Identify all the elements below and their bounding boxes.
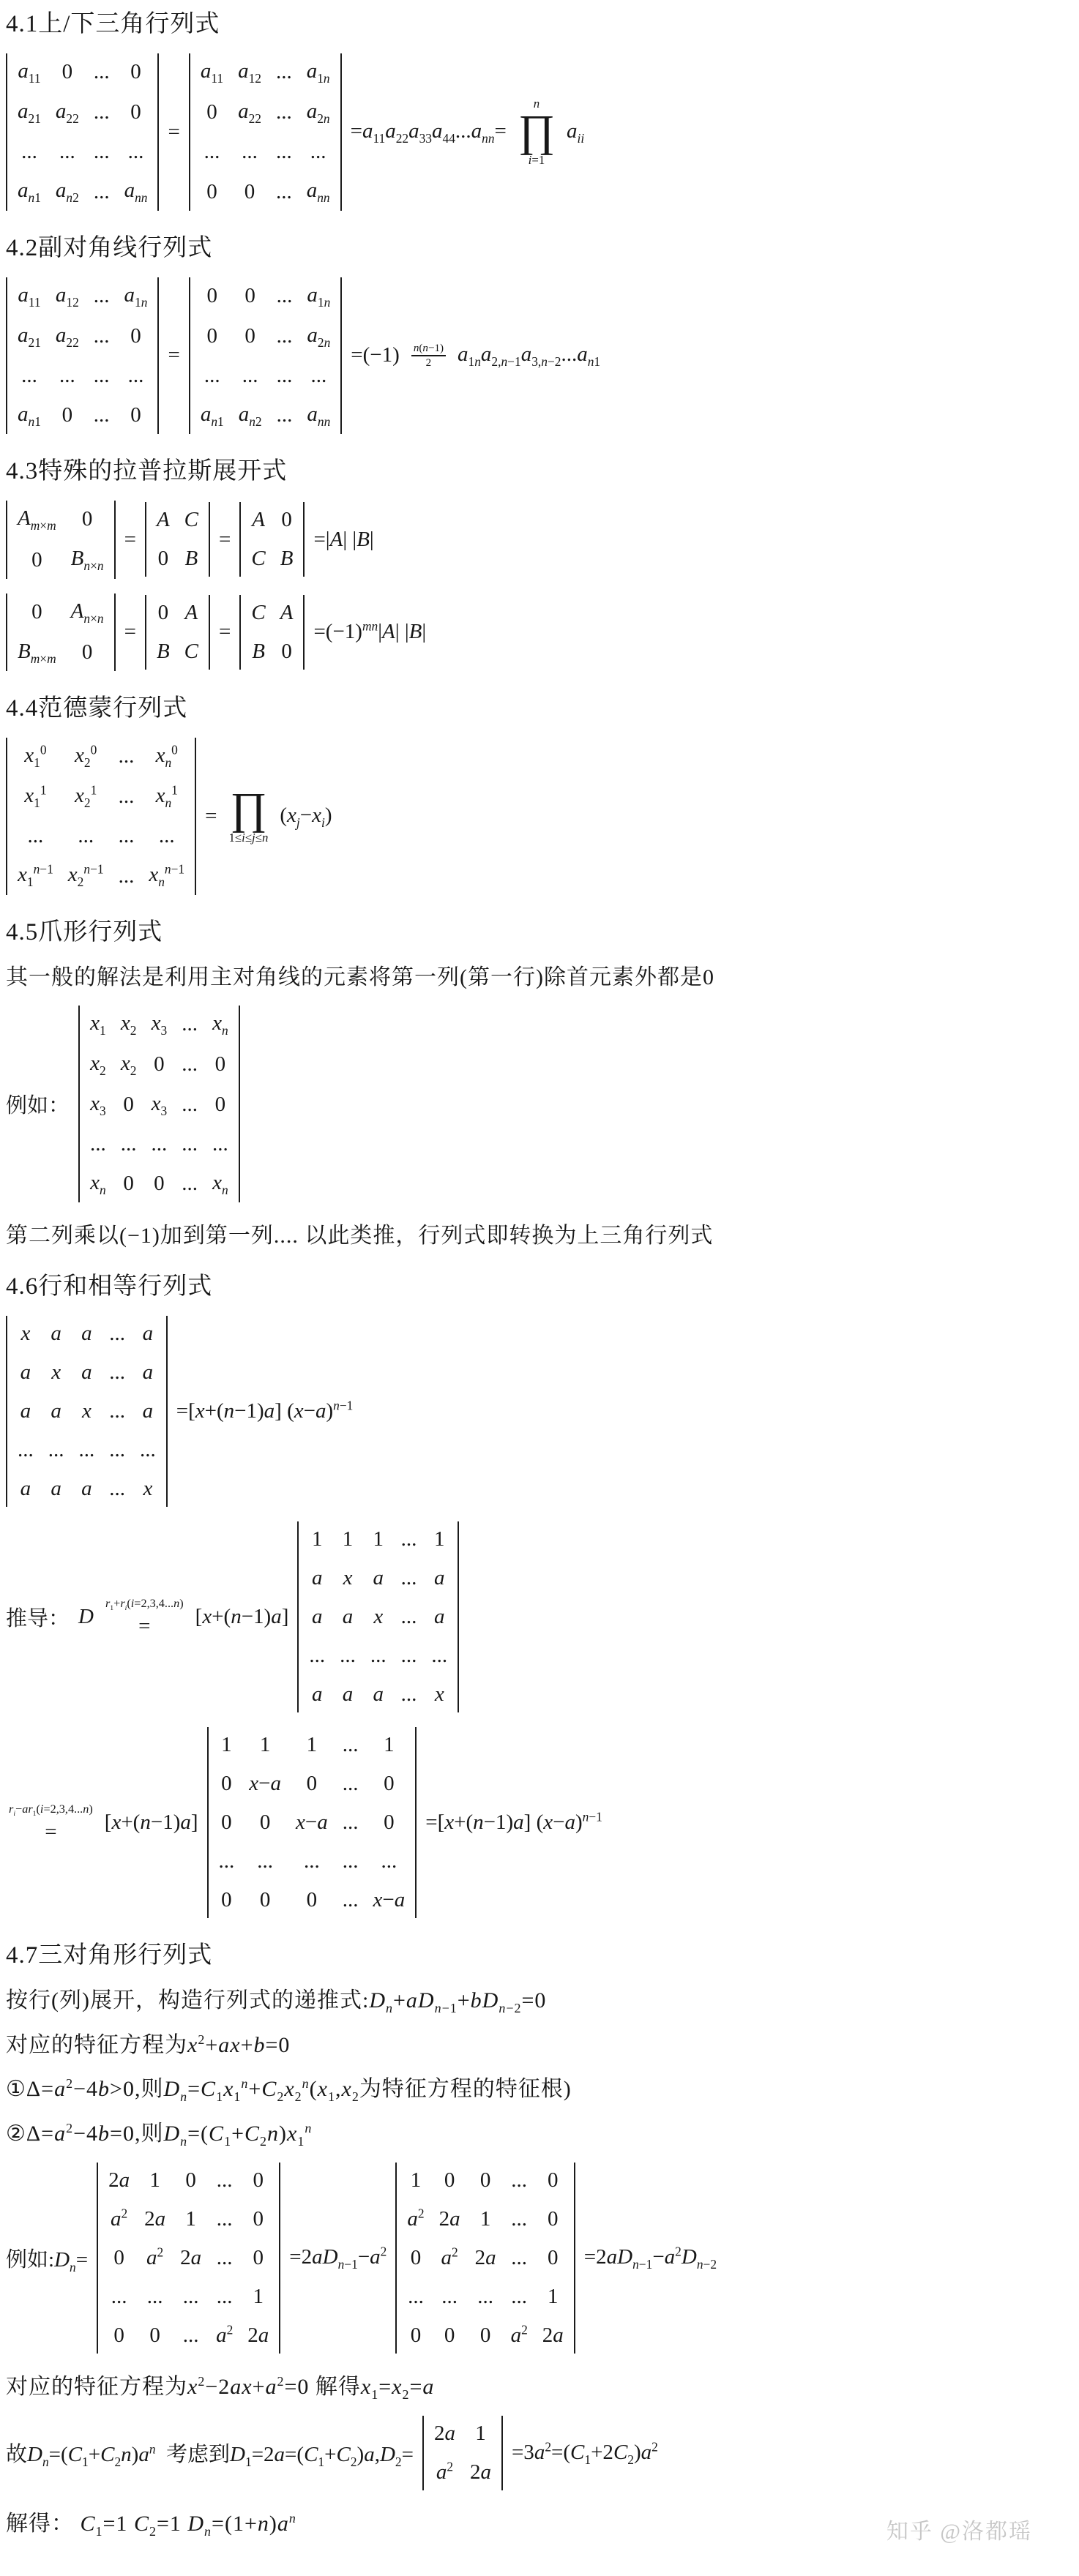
matrix-cell: 0 (281, 640, 292, 664)
determinant: a110...0a21a22...0............an1an2...a… (6, 53, 159, 211)
operator-lower-limit: i=1 (529, 153, 545, 167)
determinant: a11a12...a1na21a22...0............an10..… (6, 277, 159, 435)
matrix-cell: a (51, 1322, 61, 1346)
matrix-cell: a (343, 1605, 354, 1629)
matrix-cell: 1 (373, 1527, 384, 1551)
matrix-cell: a (20, 1399, 31, 1423)
matrix-cell: 0 (244, 324, 255, 348)
matrix-cell: 0 (260, 1811, 271, 1835)
matrix-cell: ... (128, 140, 144, 164)
math-text: = (124, 528, 136, 552)
matrix-cell: ... (343, 1849, 359, 1873)
matrix-cell: 0 (548, 2246, 559, 2270)
determinant: a11a12...a1n0a22...a2n............00...a… (189, 53, 342, 211)
matrix-cell: A (280, 601, 294, 625)
matrix-cell: 0 (130, 403, 141, 427)
matrix-cell: ... (204, 140, 220, 164)
matrix-cell: a12 (56, 283, 79, 309)
matrix-cell: ... (182, 1172, 198, 1196)
determinant-grid: 0An×nBm×m0 (18, 599, 104, 665)
math-text: (xj−xi) (280, 804, 332, 829)
matrix-cell: ... (242, 140, 258, 164)
matrix-cell: xn (212, 1171, 228, 1197)
matrix-cell: ... (152, 1132, 168, 1156)
determinant-grid: a11a12...a1na21a22...0............an10..… (18, 283, 147, 429)
determinant-grid: CAB0 (251, 601, 293, 664)
matrix-cell: a1n (124, 283, 148, 309)
math-text: =(−1) (351, 343, 400, 367)
matrix-cell: x (82, 1399, 92, 1423)
row-operation-annotation: ri−ar1(i=2,3,4...n) (9, 1802, 93, 1818)
matrix-cell: Bm×m (18, 640, 56, 665)
determinant-grid: x1x2x3...xnx2x20...0x30x3...0...........… (90, 1011, 228, 1197)
determinant: 2a10...0a22a1...00a22a...0............10… (97, 2163, 280, 2354)
matrix-cell: 0 (207, 324, 218, 348)
matrix-cell: ... (401, 1527, 417, 1551)
matrix-cell: ... (21, 364, 37, 388)
matrix-cell: B (157, 640, 170, 664)
matrix-cell: ... (431, 1644, 447, 1668)
determinant: 111...1axa...aaax...a...............aaa.… (297, 1521, 459, 1712)
matrix-cell: 0 (113, 2324, 124, 2348)
matrix-cell: 0 (154, 1052, 165, 1077)
matrix-cell: 0 (253, 2246, 264, 2270)
matrix-cell: a (373, 1566, 384, 1590)
matrix-cell: ... (59, 140, 75, 164)
matrix-cell: a22 (56, 323, 79, 349)
matrix-cell: 1 (260, 1733, 271, 1757)
matrix-cell: ... (182, 1132, 198, 1156)
matrix-cell: 2a (475, 2246, 496, 2270)
math-text: =(−1)mn|A| |B| (313, 620, 426, 644)
matrix-cell: xn1 (156, 784, 178, 809)
determinant: A0CB (239, 502, 305, 577)
matrix-cell: a (343, 1682, 354, 1707)
matrix-cell: an1 (18, 402, 41, 428)
matrix-cell: 1 (149, 2168, 160, 2193)
matrix-cell: ... (217, 2285, 233, 2309)
matrix-cell: an2 (239, 402, 262, 428)
matrix-cell: 1 (307, 1733, 318, 1757)
matrix-cell: 0 (82, 507, 93, 531)
matrix-cell: A (252, 508, 265, 532)
matrix-cell: ... (511, 2285, 527, 2309)
determinant: 2a1a22a (422, 2416, 503, 2490)
matrix-cell: x−a (296, 1811, 328, 1835)
matrix-cell: 2a (434, 2422, 455, 2446)
text-line: 其一般的解法是利用主对角线的元素将第一列(第一行)除首元素外都是0 (6, 959, 1075, 991)
matrix-cell: a (143, 1360, 154, 1385)
matrix-cell: 0 (411, 2324, 422, 2348)
matrix-cell: x−a (249, 1772, 281, 1796)
formula-line: 故Dn=(C1+C2n)an 考虑到D1=2a=(C1+C2)a,D2=2a1a… (6, 2416, 1075, 2490)
matrix-cell: ... (212, 1132, 228, 1156)
matrix-cell: 0 (444, 2168, 455, 2193)
formula-line: x10x20...xn0x11x21...xn1............x1n−… (6, 738, 1075, 895)
matrix-cell: 0 (62, 403, 73, 427)
matrix-cell: a (51, 1399, 61, 1423)
math-text: =2aDn−1−a2Dn−2 (584, 2245, 717, 2271)
matrix-cell: a2n (307, 323, 330, 349)
matrix-cell: x (435, 1682, 444, 1707)
matrix-cell: ... (217, 2246, 233, 2270)
math-text: = (205, 804, 217, 828)
matrix-cell: ... (204, 364, 220, 388)
matrix-cell: a (20, 1360, 31, 1385)
matrix-cell: ... (277, 364, 293, 388)
determinant: x1x2x3...xnx2x20...0x30x3...0...........… (78, 1006, 240, 1203)
operator-lower-limit: 1≤i≤j≤n (229, 831, 269, 845)
matrix-cell: C (251, 601, 265, 625)
determinant-grid: xaa...aaxa...aaax...a...............aaa.… (18, 1322, 156, 1501)
determinant-grid: a110...0a21a22...0............an1an2...a… (18, 59, 147, 205)
equals-sign: = (45, 1821, 56, 1843)
document-body: 4.1上/下三角行列式a110...0a21a22...0...........… (6, 4, 1075, 2538)
matrix-cell: x1n−1 (18, 863, 53, 888)
matrix-cell: xn (212, 1011, 228, 1037)
math-text: aii (567, 119, 584, 145)
matrix-cell: Am×m (18, 506, 56, 532)
matrix-cell: a2n (307, 100, 330, 125)
formula-line: 例如:Dn=2a10...0a22a1...00a22a...0........… (6, 2163, 1075, 2354)
matrix-cell: B (184, 547, 198, 571)
matrix-cell: xnn−1 (149, 863, 184, 888)
matrix-cell: 0 (82, 640, 93, 664)
matrix-cell: ... (257, 1849, 273, 1873)
text-line: 对应的特征方程为x2+ax+b=0 (6, 2026, 1075, 2059)
matrix-cell: 1 (434, 1527, 445, 1551)
matrix-cell: a2 (111, 2207, 127, 2231)
matrix-cell: a21 (18, 100, 41, 125)
math-text: =[x+(n−1)a] (x−a)n−1 (176, 1399, 354, 1423)
matrix-cell: A (184, 601, 198, 625)
matrix-cell: x2 (90, 1052, 106, 1077)
matrix-cell: ... (401, 1566, 417, 1590)
annotated-equals: r1+ri(i=2,3,4...n)= (105, 1597, 184, 1637)
matrix-cell: a (81, 1477, 92, 1501)
text-line: ②Δ=a2−4b=0,则Dn=(C1+C2n)x1n (6, 2115, 1075, 2148)
matrix-cell: ... (276, 100, 292, 124)
section-heading: 4.2副对角线行列式 (6, 228, 1075, 263)
matrix-cell: ... (109, 1322, 125, 1346)
section-heading: 4.4范德蒙行列式 (6, 689, 1075, 723)
matrix-cell: ... (94, 60, 110, 84)
watermark: 知乎 @洛都瑶 (886, 2513, 1032, 2545)
matrix-cell: ann (307, 179, 330, 204)
determinant: 100...0a22a1...00a22a...0............100… (395, 2163, 575, 2354)
matrix-cell: x (20, 1322, 30, 1346)
matrix-cell: an1 (18, 179, 41, 204)
determinant-grid: A0CB (251, 508, 293, 571)
math-text: = (124, 620, 136, 644)
matrix-cell: a (312, 1605, 323, 1629)
matrix-cell: ... (90, 1132, 106, 1156)
matrix-cell: x20 (75, 744, 97, 769)
matrix-cell: a2 (146, 2246, 163, 2270)
matrix-cell: 1 (185, 2207, 196, 2231)
matrix-cell: ... (119, 864, 135, 888)
matrix-cell: 0 (384, 1811, 395, 1835)
matrix-cell: 0 (253, 2168, 264, 2193)
fraction-numerator: n(n−1) (411, 342, 446, 356)
matrix-cell: a (312, 1682, 323, 1707)
matrix-cell: ... (109, 1360, 125, 1385)
matrix-cell: ... (21, 140, 37, 164)
matrix-cell: 0 (207, 284, 218, 308)
matrix-cell: ... (343, 1772, 359, 1796)
matrix-cell: 0 (158, 601, 169, 625)
matrix-cell: Bn×n (71, 547, 104, 572)
matrix-cell: x (51, 1360, 61, 1385)
matrix-cell: ... (183, 2285, 199, 2309)
matrix-cell: x3 (90, 1092, 106, 1117)
matrix-cell: 2a (542, 2324, 564, 2348)
matrix-cell: 0 (253, 2207, 264, 2231)
matrix-cell: 0 (123, 1093, 134, 1117)
matrix-cell: an1 (201, 402, 224, 428)
matrix-cell: ... (78, 824, 94, 848)
matrix-cell: 0 (62, 60, 73, 84)
matrix-cell: xn0 (156, 744, 178, 769)
determinant-grid: AC0B (157, 508, 198, 571)
matrix-cell: 0 (215, 1052, 226, 1077)
matrix-cell: 2a (180, 2246, 201, 2270)
matrix-cell: ... (28, 824, 44, 848)
determinant: 0An×nBm×m0 (6, 594, 116, 671)
matrix-cell: 0 (206, 180, 217, 204)
math-text: 故Dn=(C1+C2n)an 考虑到D1=2a=(C1+C2)a,D2= (6, 2438, 414, 2468)
fraction-denominator: 2 (426, 356, 432, 370)
matrix-cell: 2a (439, 2207, 460, 2231)
matrix-cell: ... (94, 364, 110, 388)
matrix-cell: 0 (260, 1888, 271, 1912)
matrix-cell: ... (343, 1888, 359, 1912)
matrix-cell: ann (307, 402, 330, 428)
big-operator: ∏1≤i≤j≤n (229, 788, 269, 845)
determinant-grid: 0ABC (157, 601, 198, 664)
matrix-cell: a2 (441, 2246, 458, 2270)
matrix-cell: 0 (480, 2168, 491, 2193)
math-text: = (219, 620, 231, 644)
matrix-cell: ... (401, 1605, 417, 1629)
matrix-cell: 0 (154, 1172, 165, 1196)
matrix-cell: ... (242, 364, 258, 388)
matrix-cell: 1 (253, 2285, 264, 2309)
matrix-cell: ... (109, 1399, 125, 1423)
matrix-cell: a11 (18, 59, 40, 85)
matrix-cell: 0 (244, 284, 255, 308)
matrix-cell: 1 (480, 2207, 491, 2231)
matrix-cell: 0 (113, 2246, 124, 2270)
section-heading: 4.1上/下三角行列式 (6, 4, 1075, 39)
math-text: = (219, 528, 231, 552)
matrix-cell: ... (18, 1438, 34, 1462)
matrix-cell: ... (147, 2285, 163, 2309)
matrix-cell: ... (219, 1849, 235, 1873)
matrix-cell: a1n (307, 59, 330, 85)
matrix-cell: a (81, 1322, 92, 1346)
matrix-cell: 0 (244, 180, 255, 204)
matrix-cell: x11 (24, 784, 46, 809)
matrix-cell: ... (182, 1012, 198, 1036)
determinant: 00...a1n00...a2n............an1an2...ann (189, 277, 342, 435)
determinant: CAB0 (239, 595, 305, 670)
matrix-cell: x10 (24, 744, 46, 769)
matrix-cell: 2a (247, 2324, 269, 2348)
math-text: =2aDn−1−a2 (289, 2245, 387, 2271)
matrix-cell: 0 (158, 547, 169, 571)
matrix-cell: C (184, 640, 198, 664)
matrix-cell: ... (304, 1849, 320, 1873)
matrix-cell: x2 (121, 1052, 137, 1077)
matrix-cell: a2 (436, 2460, 453, 2485)
matrix-cell: 0 (130, 60, 141, 84)
math-text: = (168, 120, 179, 144)
matrix-cell: 0 (221, 1772, 232, 1796)
matrix-cell: ... (182, 1093, 198, 1117)
matrix-cell: a2 (511, 2324, 528, 2348)
matrix-cell: 2a (144, 2207, 165, 2231)
text-line: 对应的特征方程为x2−2ax+a2=0 解得x1=x2=a (6, 2368, 1075, 2401)
matrix-cell: 1 (411, 2168, 422, 2193)
matrix-cell: a2 (216, 2324, 233, 2348)
math-text: 例如： (6, 1089, 70, 1119)
matrix-cell: x3 (152, 1092, 168, 1117)
math-text: =a11a22a33a44...ann= (351, 119, 507, 145)
matrix-cell: 1 (548, 2285, 559, 2309)
matrix-cell: ... (477, 2285, 493, 2309)
formula-line: a11a12...a1na21a22...0............an10..… (6, 277, 1075, 435)
matrix-cell: x (373, 1605, 383, 1629)
matrix-cell: 1 (312, 1527, 323, 1551)
formula-line: 例如：x1x2x3...xnx2x20...0x30x3...0........… (6, 1006, 1075, 1203)
big-operator: n∏i=1 (518, 97, 555, 168)
section-heading: 4.5爪形行列式 (6, 913, 1075, 947)
matrix-cell: ... (128, 364, 144, 388)
matrix-cell: ... (182, 1052, 198, 1077)
matrix-cell: ... (277, 284, 293, 308)
matrix-cell: ... (310, 140, 326, 164)
exponent-fraction: n(n−1)2 (411, 342, 446, 370)
formula-line: 0An×nBm×m0=0ABC=CAB0=(−1)mn|A| |B| (6, 594, 1075, 671)
matrix-cell: x (343, 1566, 353, 1590)
matrix-cell: ... (48, 1438, 64, 1462)
matrix-cell: ... (109, 1438, 125, 1462)
matrix-cell: x2n−1 (68, 863, 104, 888)
matrix-cell: a (434, 1566, 445, 1590)
matrix-cell: 0 (31, 600, 42, 624)
matrix-cell: ... (310, 364, 326, 388)
formula-line: ri−ar1(i=2,3,4...n)=[x+(n−1)a]111...10x−… (6, 1727, 1075, 1918)
matrix-cell: 0 (307, 1888, 318, 1912)
matrix-cell: 0 (221, 1888, 232, 1912)
matrix-cell: x (143, 1477, 152, 1501)
matrix-cell: 1 (343, 1527, 354, 1551)
math-text: a1na2,n−1a3,n−2...an1 (458, 342, 600, 368)
determinant: 0ABC (145, 595, 210, 670)
formula-line: 推导：Dr1+ri(i=2,3,4...n)=[x+(n−1)a]111...1… (6, 1521, 1075, 1712)
matrix-cell: xn (90, 1171, 106, 1197)
matrix-cell: 0 (548, 2168, 559, 2193)
text-line: 第二列乘以(−1)加到第一列.... 以此类推，行列式即转换为上三角行列式 (6, 1217, 1075, 1249)
matrix-cell: an2 (56, 179, 79, 204)
matrix-cell: a (312, 1566, 323, 1590)
matrix-cell: ... (217, 2168, 233, 2193)
matrix-cell: x−a (373, 1888, 406, 1912)
determinant: AC0B (145, 502, 210, 577)
equals-sign: = (138, 1616, 150, 1637)
section-heading: 4.7三对角形行列式 (6, 1936, 1075, 1970)
matrix-cell: x3 (152, 1011, 168, 1037)
matrix-cell: 0 (149, 2324, 160, 2348)
math-text: [x+(n−1)a] (105, 1811, 198, 1835)
matrix-cell: A (157, 508, 170, 532)
text-line: 按行(列)展开，构造行列式的递推式:Dn+aDn−1+bDn−2=0 (6, 1982, 1075, 2015)
matrix-cell: ... (276, 180, 292, 204)
math-text: 推导： (6, 1602, 70, 1632)
matrix-cell: ... (94, 403, 110, 427)
matrix-cell: a21 (18, 323, 41, 349)
matrix-cell: a11 (201, 59, 223, 85)
formula-line: Am×m00Bn×n=AC0B=A0CB=|A| |B| (6, 501, 1075, 578)
product-symbol: ∏ (230, 788, 266, 831)
annotated-equals: ri−ar1(i=2,3,4...n)= (9, 1802, 93, 1843)
matrix-cell: ... (511, 2207, 527, 2231)
matrix-cell: a (143, 1322, 154, 1346)
matrix-cell: a2 (407, 2207, 424, 2231)
matrix-cell: a (20, 1477, 31, 1501)
matrix-cell: ... (109, 1477, 125, 1501)
matrix-cell: ... (401, 1682, 417, 1707)
matrix-cell: x2 (121, 1011, 137, 1037)
row-operation-annotation: r1+ri(i=2,3,4...n) (105, 1597, 184, 1612)
determinant-grid: 00...a1n00...a2n............an1an2...ann (201, 283, 330, 429)
matrix-cell: ... (94, 324, 110, 348)
matrix-cell: ... (94, 100, 110, 124)
section-heading: 4.6行和相等行列式 (6, 1267, 1075, 1301)
matrix-cell: ann (124, 179, 148, 204)
math-text: 例如:Dn= (6, 2243, 88, 2274)
matrix-cell: a (51, 1477, 61, 1501)
matrix-cell: 0 (548, 2207, 559, 2231)
matrix-cell: a11 (18, 283, 40, 309)
matrix-cell: 0 (130, 324, 141, 348)
matrix-cell: a12 (238, 59, 261, 85)
determinant: x10x20...xn0x11x21...xn1............x1n−… (6, 738, 196, 895)
matrix-cell: ... (370, 1644, 387, 1668)
matrix-cell: a (434, 1605, 445, 1629)
matrix-cell: ... (217, 2207, 233, 2231)
matrix-cell: ... (441, 2285, 458, 2309)
matrix-cell: ... (119, 824, 135, 848)
matrix-cell: 0 (31, 548, 42, 572)
determinant-grid: 111...1axa...aaax...a...............aaa.… (309, 1527, 447, 1707)
matrix-cell: ... (277, 324, 293, 348)
matrix-cell: 0 (206, 100, 217, 124)
formula-line: xaa...aaxa...aaax...a...............aaa.… (6, 1316, 1075, 1507)
math-text: [x+(n−1)a] (195, 1605, 289, 1629)
matrix-cell: a (143, 1399, 154, 1423)
matrix-cell: ... (381, 1849, 397, 1873)
matrix-cell: ... (59, 364, 75, 388)
matrix-cell: ... (343, 1733, 359, 1757)
matrix-cell: 0 (307, 1772, 318, 1796)
matrix-cell: ... (511, 2246, 527, 2270)
determinant-grid: 100...0a22a1...00a22a...0............100… (407, 2168, 563, 2348)
matrix-cell: 0 (281, 508, 292, 532)
matrix-cell: ... (277, 403, 293, 427)
matrix-cell: ... (276, 60, 292, 84)
